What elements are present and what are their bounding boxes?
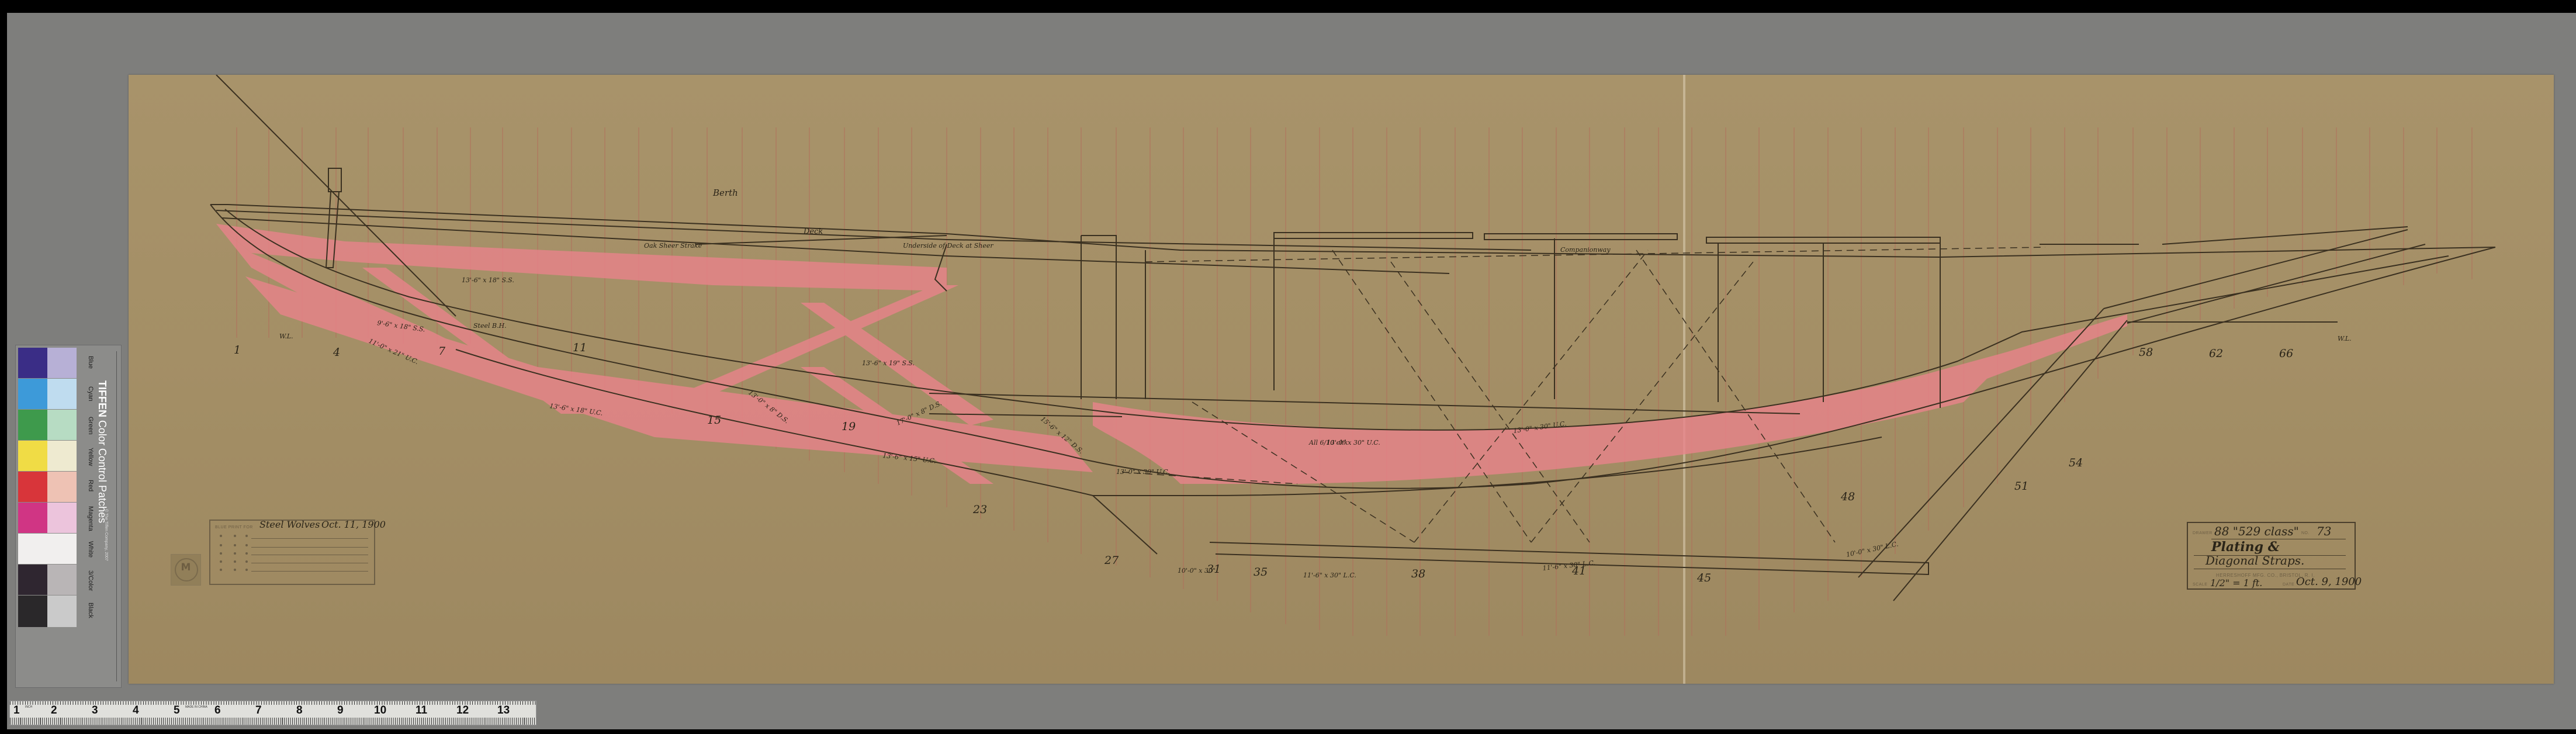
svg-text:Underside of Deck at Sheer: Underside of Deck at Sheer — [903, 242, 993, 250]
patch-white — [18, 534, 77, 564]
color-control-card: Blue Cyan Green Yellow Red Magenta White… — [15, 345, 122, 688]
svg-text:51: 51 — [2014, 480, 2028, 493]
patch-red-light — [47, 472, 77, 502]
svg-text:Deck: Deck — [803, 227, 823, 236]
svg-text:W.L.: W.L. — [2338, 335, 2352, 342]
patch-green-dark — [18, 410, 47, 440]
scale-label: SCALE — [2193, 583, 2207, 587]
card-copyright: © The Tiffen Company, 2007 — [104, 509, 108, 561]
scale-value: 1/2" = 1 ft. — [2210, 577, 2262, 588]
drawing-sheet: Berth Deck Oak Sheer Strake Underside of… — [129, 75, 2554, 684]
svg-text:15: 15 — [707, 414, 721, 427]
revision-block: BLUE PRINT FOR Steel Wolves Oct. 11, 190… — [209, 520, 375, 585]
svg-text:13'-6" x 18" S.S.: 13'-6" x 18" S.S. — [462, 276, 514, 284]
patch-cyan-light — [47, 379, 77, 409]
title-block: DRAWER 88 "529 class" NO. 73 Plating & D… — [2187, 522, 2356, 590]
svg-text:27: 27 — [1104, 554, 1119, 567]
svg-text:Companionway: Companionway — [1560, 246, 1611, 254]
patch-yellow-dark — [18, 441, 47, 471]
svg-text:13'-6" x 19" S.S.: 13'-6" x 19" S.S. — [862, 359, 915, 367]
patch-blue-dark — [18, 348, 47, 378]
svg-text:48: 48 — [1840, 490, 1855, 503]
scan-border-top — [0, 0, 2576, 13]
svg-text:66: 66 — [2279, 347, 2293, 360]
svg-text:4: 4 — [333, 346, 340, 359]
card-brand: TIFFEN Color Control Patches — [96, 380, 108, 523]
label-yellow: Yellow — [87, 448, 94, 466]
patch-3color-dark — [18, 565, 47, 595]
svg-text:31: 31 — [1207, 563, 1221, 576]
patch-3color-light — [47, 565, 77, 595]
drawer-value: 88 "529 class" — [2214, 524, 2299, 538]
measuring-ruler: 1 INCH 2 3 4 5 MADE IN CHINA 6 7 8 9 10 … — [9, 701, 536, 725]
svg-text:45: 45 — [1696, 572, 1711, 584]
svg-text:38: 38 — [1411, 567, 1425, 580]
svg-text:11: 11 — [573, 341, 587, 354]
svg-text:13'-0" x 30" U.C.: 13'-0" x 30" U.C. — [1327, 439, 1380, 446]
patch-black-light — [47, 595, 77, 627]
svg-text:Steel B.H.: Steel B.H. — [473, 322, 507, 330]
svg-text:1: 1 — [234, 344, 241, 356]
patch-red-dark — [18, 472, 47, 502]
scan-border-bottom — [0, 729, 2576, 734]
rev-entry: Steel Wolves — [259, 519, 320, 530]
svg-text:54: 54 — [2069, 456, 2083, 469]
patch-magenta-light — [47, 503, 77, 533]
patch-yellow-light — [47, 441, 77, 471]
svg-text:10'-0" x 30" L.C.: 10'-0" x 30" L.C. — [1846, 540, 1899, 559]
svg-text:23: 23 — [972, 503, 987, 516]
label-cyan: Cyan — [87, 386, 94, 401]
patch-green-light — [47, 410, 77, 440]
patch-magenta-dark — [18, 503, 47, 533]
svg-text:Berth: Berth — [712, 188, 738, 198]
svg-text:11'-6" x 30" L.C.: 11'-6" x 30" L.C. — [1303, 572, 1356, 579]
date-label: DATE — [2283, 583, 2294, 587]
label-blue: Blue — [87, 356, 94, 369]
mfg-stamp: M — [171, 554, 201, 586]
label-magenta: Magenta — [87, 506, 94, 531]
svg-text:19: 19 — [842, 420, 856, 433]
stamp-letter: M — [171, 562, 200, 573]
patch-black-dark — [18, 595, 47, 627]
svg-text:11'-6" x 30" L.C.: 11'-6" x 30" L.C. — [1542, 559, 1596, 572]
drawer-label: DRAWER — [2193, 531, 2213, 535]
svg-text:41: 41 — [1571, 565, 1586, 577]
label-green: Green — [87, 417, 94, 435]
rev-header: BLUE PRINT FOR — [215, 525, 253, 529]
svg-text:35: 35 — [1254, 566, 1268, 579]
svg-text:58: 58 — [2139, 346, 2153, 359]
date-value: Oct. 9, 1900 — [2296, 576, 2362, 588]
drawing-number: 73 — [2317, 524, 2331, 538]
rev-entry-date: Oct. 11, 1900 — [321, 519, 386, 530]
scan-border-left — [0, 0, 7, 734]
label-white: White — [87, 541, 94, 558]
svg-text:7: 7 — [438, 345, 446, 358]
svg-text:W.L.: W.L. — [279, 333, 293, 340]
hull-drawing: Berth Deck Oak Sheer Strake Underside of… — [129, 75, 2554, 684]
title-line-2: Diagonal Straps. — [2205, 553, 2304, 567]
svg-text:13'-0" x 30" U.C.: 13'-0" x 30" U.C. — [1116, 468, 1170, 476]
number-label: NO. — [2301, 531, 2310, 535]
label-3color: 3/Color — [87, 570, 94, 591]
svg-text:Oak Sheer Strake: Oak Sheer Strake — [644, 242, 702, 250]
title-line-1: Plating & — [2211, 539, 2280, 555]
label-black: Black — [87, 603, 94, 618]
label-red: Red — [87, 480, 94, 491]
card-ruler — [116, 351, 125, 681]
patch-blue-light — [47, 348, 77, 378]
svg-text:62: 62 — [2209, 347, 2223, 360]
patch-cyan-dark — [18, 379, 47, 409]
